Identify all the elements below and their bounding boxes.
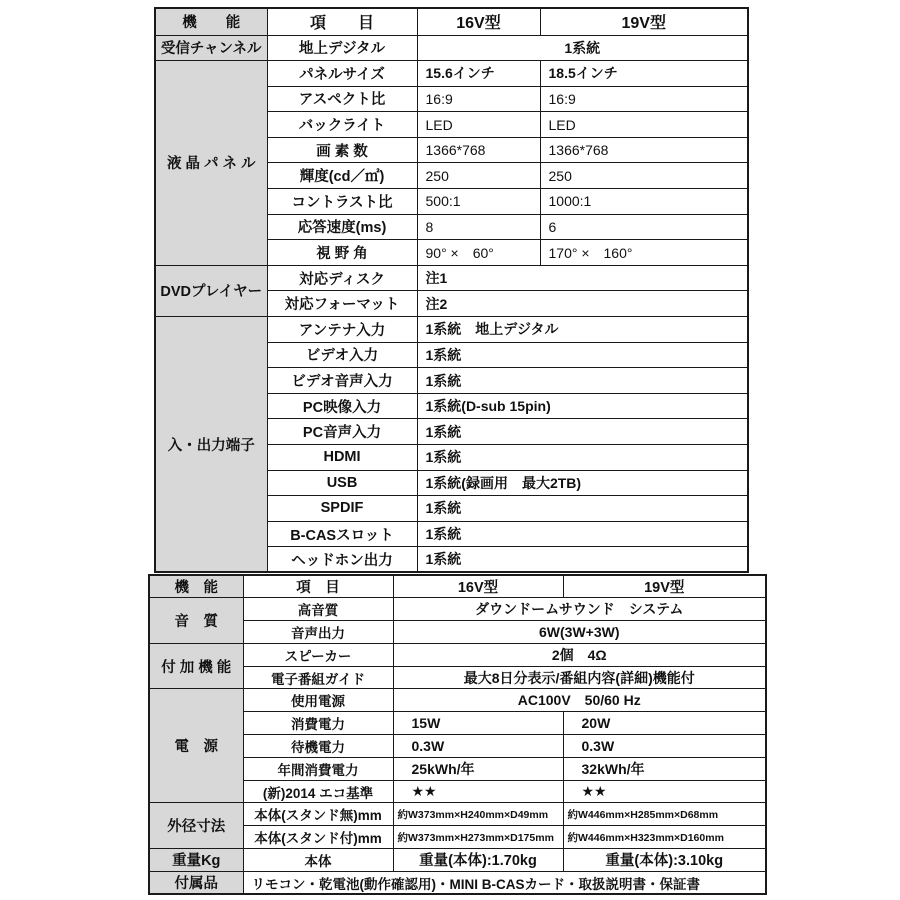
group-sound-quality: 音 質 xyxy=(149,598,243,644)
format-label: 対応フォーマット xyxy=(267,291,417,317)
standby-power-19v: 0.3W xyxy=(563,735,766,758)
usb-label: USB xyxy=(267,470,417,496)
panel-size-16v: 15.6インチ xyxy=(417,61,540,87)
brightness-19v: 250 xyxy=(540,163,748,189)
pc-audio-in-label: PC音声入力 xyxy=(267,419,417,445)
group-power: 電 源 xyxy=(149,689,243,803)
t1-header-16v: 16V型 xyxy=(417,8,540,35)
antenna-in-value: 1系統 地上デジタル xyxy=(417,317,748,343)
pixels-19v: 1366*768 xyxy=(540,137,748,163)
epg-value: 最大8日分表示/番組内容(詳細)機能付 xyxy=(393,666,766,689)
speaker-label: スピーカー xyxy=(243,643,393,666)
annual-consumption-label: 年間消費電力 xyxy=(243,757,393,780)
format-value: 注2 xyxy=(417,291,748,317)
group-lcd-panel: 液 晶 パ ネ ル xyxy=(155,61,267,266)
headphone-out-label: ヘッドホン出力 xyxy=(267,547,417,573)
table-row: 外径寸法 本体(スタンド無)mm 約W373mm×H240mm×D49mm 約W… xyxy=(149,803,766,826)
backlight-16v: LED xyxy=(417,112,540,138)
video-audio-in-label: ビデオ音声入力 xyxy=(267,368,417,394)
panel-size-19v: 18.5インチ xyxy=(540,61,748,87)
table-row: 入・出力端子 アンテナ入力 1系統 地上デジタル xyxy=(155,317,748,343)
video-audio-in-value: 1系統 xyxy=(417,368,748,394)
pc-audio-in-value: 1系統 xyxy=(417,419,748,445)
viewing-angle-label: 視 野 角 xyxy=(267,240,417,266)
annual-consumption-19v: 32kWh/年 xyxy=(563,757,766,780)
power-consumption-19v: 20W xyxy=(563,712,766,735)
backlight-label: バックライト xyxy=(267,112,417,138)
speaker-value: 2個 4Ω xyxy=(393,643,766,666)
dims-without-stand-16v: 約W373mm×H240mm×D49mm xyxy=(393,803,563,826)
audio-output-label: 音声出力 xyxy=(243,621,393,644)
contrast-19v: 1000:1 xyxy=(540,189,748,215)
spdif-value: 1系統 xyxy=(417,496,748,522)
group-reception-channel: 受信チャンネル xyxy=(155,35,267,61)
power-supply-label: 使用電源 xyxy=(243,689,393,712)
table-row: 付 加 機 能 スピーカー 2個 4Ω xyxy=(149,643,766,666)
dims-without-stand-label: 本体(スタンド無)mm xyxy=(243,803,393,826)
pc-video-in-label: PC映像入力 xyxy=(267,393,417,419)
group-accessories: 付属品 xyxy=(149,871,243,894)
brightness-16v: 250 xyxy=(417,163,540,189)
panel-size-label: パネルサイズ xyxy=(267,61,417,87)
t1-header-19v: 19V型 xyxy=(540,8,748,35)
t1-header-function: 機 能 xyxy=(155,8,267,35)
viewing-angle-19v: 170° × 160° xyxy=(540,240,748,266)
backlight-19v: LED xyxy=(540,112,748,138)
dims-with-stand-19v: 約W446mm×H323mm×D160mm xyxy=(563,826,766,849)
spec-sheet-page: 機 能 項 目 16V型 19V型 受信チャンネル 地上デジタル 1系統 液 晶… xyxy=(0,0,900,900)
hdmi-value: 1系統 xyxy=(417,445,748,471)
standby-power-16v: 0.3W xyxy=(393,735,563,758)
eco-standard-16v: ★★ xyxy=(393,780,563,803)
video-in-label: ビデオ入力 xyxy=(267,342,417,368)
hi-quality-sound-value: ダウンドームサウンド システム xyxy=(393,598,766,621)
t2-header-item: 項 目 xyxy=(243,575,393,598)
power-consumption-label: 消費電力 xyxy=(243,712,393,735)
spec-table-top: 機 能 項 目 16V型 19V型 受信チャンネル 地上デジタル 1系統 液 晶… xyxy=(154,7,749,573)
group-weight: 重量Kg xyxy=(149,849,243,872)
aspect-ratio-label: アスペクト比 xyxy=(267,86,417,112)
antenna-in-label: アンテナ入力 xyxy=(267,317,417,343)
table-row: 付属品 リモコン・乾電池(動作確認用)・MINI B-CASカード・取扱説明書・… xyxy=(149,871,766,894)
t2-header-16v: 16V型 xyxy=(393,575,563,598)
aspect-ratio-19v: 16:9 xyxy=(540,86,748,112)
audio-output-value: 6W(3W+3W) xyxy=(393,621,766,644)
body-weight-16v: 重量(本体):1.70kg xyxy=(393,849,563,872)
contrast-label: コントラスト比 xyxy=(267,189,417,215)
table-row: 液 晶 パ ネ ル パネルサイズ 15.6インチ 18.5インチ xyxy=(155,61,748,87)
group-io-terminals: 入・出力端子 xyxy=(155,317,267,573)
pixels-label: 画 素 数 xyxy=(267,137,417,163)
annual-consumption-16v: 25kWh/年 xyxy=(393,757,563,780)
spec-table-bottom: 機 能 項 目 16V型 19V型 音 質 高音質 ダウンドームサウンド システ… xyxy=(148,574,767,895)
pixels-16v: 1366*768 xyxy=(417,137,540,163)
terrestrial-value: 1系統 xyxy=(417,35,748,61)
terrestrial-label: 地上デジタル xyxy=(267,35,417,61)
usb-value: 1系統(録画用 最大2TB) xyxy=(417,470,748,496)
table-row: 受信チャンネル 地上デジタル 1系統 xyxy=(155,35,748,61)
video-in-value: 1系統 xyxy=(417,342,748,368)
standby-power-label: 待機電力 xyxy=(243,735,393,758)
bcas-slot-value: 1系統 xyxy=(417,521,748,547)
epg-label: 電子番組ガイド xyxy=(243,666,393,689)
t2-header-row: 機 能 項 目 16V型 19V型 xyxy=(149,575,766,598)
viewing-angle-16v: 90° × 60° xyxy=(417,240,540,266)
eco-standard-19v: ★★ xyxy=(563,780,766,803)
t2-header-19v: 19V型 xyxy=(563,575,766,598)
dims-without-stand-19v: 約W446mm×H285mm×D68mm xyxy=(563,803,766,826)
table-row: DVDプレイヤー 対応ディスク 注1 xyxy=(155,265,748,291)
t2-header-function: 機 能 xyxy=(149,575,243,598)
aspect-ratio-16v: 16:9 xyxy=(417,86,540,112)
response-label: 応答速度(ms) xyxy=(267,214,417,240)
group-outer-dimensions: 外径寸法 xyxy=(149,803,243,849)
table-row: 電 源 使用電源 AC100V 50/60 Hz xyxy=(149,689,766,712)
spdif-label: SPDIF xyxy=(267,496,417,522)
accessories-list-value: リモコン・乾電池(動作確認用)・MINI B-CASカード・取扱説明書・保証書 xyxy=(243,871,766,894)
headphone-out-value: 1系統 xyxy=(417,547,748,573)
dims-with-stand-label: 本体(スタンド付)mm xyxy=(243,826,393,849)
group-extra-features: 付 加 機 能 xyxy=(149,643,243,689)
t1-header-item: 項 目 xyxy=(267,8,417,35)
disc-label: 対応ディスク xyxy=(267,265,417,291)
disc-value: 注1 xyxy=(417,265,748,291)
body-weight-19v: 重量(本体):3.10kg xyxy=(563,849,766,872)
body-weight-label: 本体 xyxy=(243,849,393,872)
pc-video-in-value: 1系統(D-sub 15pin) xyxy=(417,393,748,419)
table-row: 音 質 高音質 ダウンドームサウンド システム xyxy=(149,598,766,621)
hi-quality-sound-label: 高音質 xyxy=(243,598,393,621)
eco-standard-label: (新)2014 エコ基準 xyxy=(243,780,393,803)
response-16v: 8 xyxy=(417,214,540,240)
t1-header-row: 機 能 項 目 16V型 19V型 xyxy=(155,8,748,35)
contrast-16v: 500:1 xyxy=(417,189,540,215)
response-19v: 6 xyxy=(540,214,748,240)
power-supply-value: AC100V 50/60 Hz xyxy=(393,689,766,712)
dims-with-stand-16v: 約W373mm×H273mm×D175mm xyxy=(393,826,563,849)
group-dvd-player: DVDプレイヤー xyxy=(155,265,267,316)
brightness-label: 輝度(cd／㎡) xyxy=(267,163,417,189)
bcas-slot-label: B-CASスロット xyxy=(267,521,417,547)
hdmi-label: HDMI xyxy=(267,445,417,471)
table-row: 重量Kg 本体 重量(本体):1.70kg 重量(本体):3.10kg xyxy=(149,849,766,872)
power-consumption-16v: 15W xyxy=(393,712,563,735)
